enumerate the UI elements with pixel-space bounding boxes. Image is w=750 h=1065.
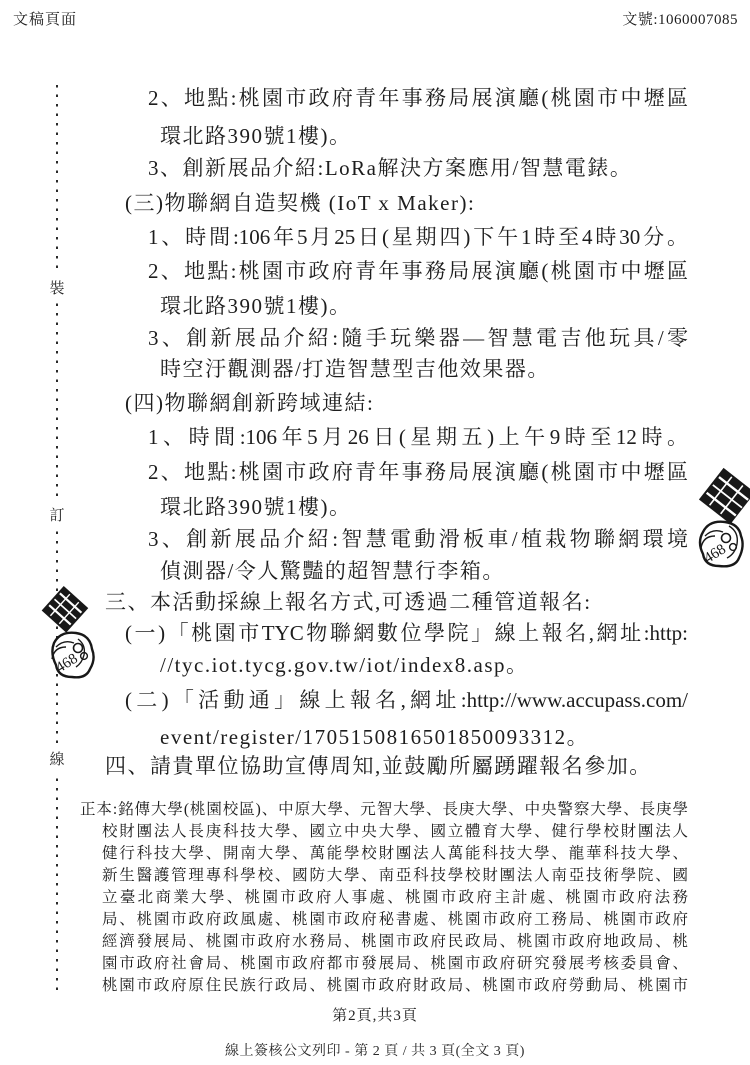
doc-line: (二)「活動通」線上報名,網址:http://www.accupass.com/ <box>125 688 688 713</box>
doc-line: 3、創新展品介紹:智慧電動滑板車/植栽物聯網環境 <box>148 527 688 552</box>
copy-to-line: 校財團法人長庚科技大學、國立中央大學、國立體育大學、健行學校財團法人 <box>102 822 688 842</box>
copy-to-line: 立臺北商業大學、桃園市政府人事處、桃園市政府主計處、桃園市政府法務 <box>102 888 688 908</box>
receipt-stamp-left-icon: 468 <box>38 585 100 685</box>
copy-to-line: 正本:銘傳大學(桃園校區)、中原大學、元智大學、長庚大學、中央警察大學、長庚學 <box>80 800 688 820</box>
doc-line: 偵測器/令人驚豔的超智慧行李箱。 <box>160 559 505 584</box>
binding-dotted-line <box>56 85 58 990</box>
doc-line: 2、地點:桃園市政府青年事務局展演廳(桃園市中壢區 <box>148 86 688 111</box>
copy-to-line: 健行科技大學、開南大學、萬能學校財團法人萬能科技大學、龍華科技大學、 <box>102 844 688 864</box>
copy-to-line: 園市政府社會局、桃園市政府都市發展局、桃園市政府研究發展考核委員會、 <box>102 954 688 974</box>
binding-char-ding: 訂 <box>46 501 68 528</box>
doc-number: 文號:1060007085 <box>622 8 738 29</box>
print-footer: 線上簽核公文列印 - 第 2 頁 / 共 3 頁(全文 3 頁) <box>0 1040 750 1060</box>
doc-line: event/register/1705150816501850093312。 <box>160 725 589 750</box>
binding-char-xian: 線 <box>46 745 68 772</box>
doc-line: 2、地點:桃園市政府青年事務局展演廳(桃園市中壢區 <box>148 259 688 284</box>
doc-line: 3、創新展品介紹:隨手玩樂器—智慧電吉他玩具/零 <box>148 326 688 351</box>
page-number: 第2頁,共3頁 <box>0 1004 750 1025</box>
copy-to-line: 局、桃園市政府政風處、桃園市政府秘書處、桃園市政府工務局、桃園市政府 <box>102 910 688 930</box>
doc-line: 3、創新展品介紹:LoRa解決方案應用/智慧電錶。 <box>148 156 632 181</box>
doc-line: 環北路390號1樓)。 <box>160 495 352 520</box>
doc-line: //tyc.iot.tycg.gov.tw/iot/index8.asp。 <box>160 653 529 678</box>
doc-line: 1、時間:106年5月26日(星期五)上午9時至12時。 <box>148 425 688 450</box>
receipt-stamp-right-icon: 468 <box>693 460 750 580</box>
copy-to-line: 新生醫護管理專科學校、國防大學、南亞科技學校財團法人南亞技術學院、國 <box>102 866 688 886</box>
doc-line: 時空汙觀測器/打造智慧型吉他效果器。 <box>160 357 550 382</box>
doc-line: 環北路390號1樓)。 <box>160 124 352 149</box>
doc-line: 三、本活動採線上報名方式,可透過二種管道報名: <box>105 590 592 615</box>
document-page: 文稿頁面 文號:1060007085 裝 訂 線 2、地點:桃園市政府青年事務局… <box>0 0 750 1065</box>
doc-line: 四、請貴單位協助宣傳周知,並鼓勵所屬踴躍報名參加。 <box>105 754 652 779</box>
doc-line: 2、地點:桃園市政府青年事務局展演廳(桃園市中壢區 <box>148 460 688 485</box>
doc-line: 1、時間:106年5月25日(星期四)下午1時至4時30分。 <box>148 225 688 250</box>
binding-char-zhuang: 裝 <box>46 274 68 301</box>
doc-line: (四)物聯網創新跨域連結: <box>125 391 374 416</box>
draft-page-label: 文稿頁面 <box>13 8 77 29</box>
copy-to-line: 經濟發展局、桃園市政府水務局、桃園市政府民政局、桃園市政府地政局、桃 <box>102 932 688 952</box>
doc-line: 環北路390號1樓)。 <box>160 294 352 319</box>
doc-line: (一)「桃園市TYC物聯網數位學院」線上報名,網址:http: <box>125 621 688 646</box>
copy-to-line: 桃園市政府原住民族行政局、桃園市政府財政局、桃園市政府勞動局、桃園市 <box>102 976 688 996</box>
doc-line: (三)物聯網自造契機 (IoT x Maker): <box>125 191 475 216</box>
